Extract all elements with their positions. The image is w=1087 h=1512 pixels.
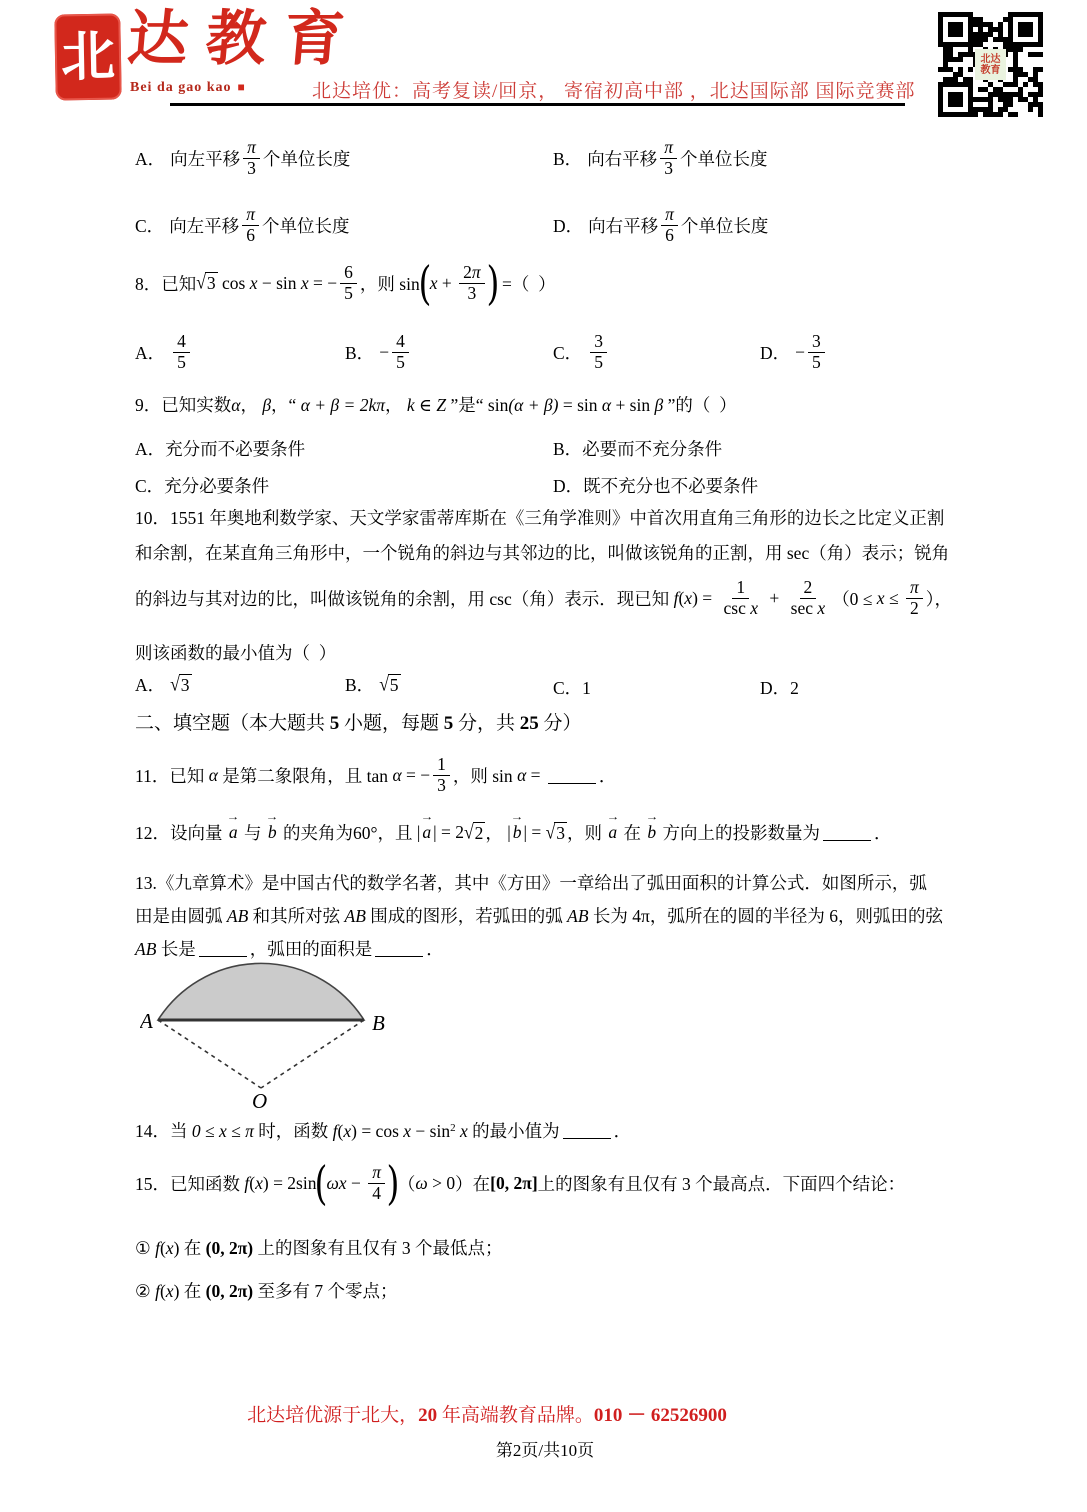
radical-sign: √ <box>170 672 180 696</box>
text-run: 和其所对弦 <box>248 906 344 926</box>
math-var: α <box>602 395 611 415</box>
math-fraction: π2 <box>906 578 923 618</box>
answer-blank <box>563 1124 611 1139</box>
math-interval: (0, 2π) <box>206 1238 254 1258</box>
text-run: 至多有 7 个零点； <box>253 1281 397 1301</box>
item-marker: ② <box>135 1281 155 1301</box>
item-marker: ① <box>135 1238 155 1258</box>
math-var: x <box>255 1173 263 1194</box>
text-run: 20 <box>418 1405 437 1426</box>
math-var: a <box>229 822 238 842</box>
logo-seal: 北 <box>54 13 121 100</box>
text-run: 向右平移 <box>587 146 657 171</box>
math-run: ωx <box>326 1173 346 1194</box>
math-var: x <box>750 598 758 618</box>
q10-option-b: B．√5 <box>345 672 401 697</box>
text-run: = 2sin <box>269 1173 317 1194</box>
fraction-numerator: 4 <box>173 332 190 353</box>
option-label: B． <box>553 146 582 171</box>
q8-option-c: C．35 <box>553 332 610 372</box>
radius-ob-dashed <box>261 1020 364 1088</box>
text-run: ≤ <box>885 588 903 609</box>
conclusion-2: ② f(x) 在 (0, 2π) 至多有 7 个零点； <box>135 1278 398 1303</box>
text-run: 小题，每题 <box>339 713 444 734</box>
text-run: 分，共 <box>453 713 520 734</box>
math-run: α + β = 2kπ <box>301 395 385 415</box>
text-run: − <box>347 1173 366 1194</box>
math-fraction: 13 <box>433 755 450 795</box>
qr-center-label: 北达教育 <box>975 49 1006 80</box>
logo-seal-char: 北 <box>61 30 116 85</box>
math-var: α <box>392 765 401 786</box>
fraction-numerator: 2 <box>800 578 817 599</box>
text-run: 5 <box>330 713 340 734</box>
text-run: 田是由圆弧 <box>135 906 227 926</box>
q8-option-b: B．−45 <box>345 332 412 372</box>
text-run: 向左平移 <box>170 146 240 171</box>
text-run: 25 <box>520 713 539 734</box>
text-run: ，“ <box>271 395 301 415</box>
abs-bar: | <box>417 822 421 843</box>
radical-sign: √ <box>546 820 556 844</box>
fraction-numerator: 2π <box>459 263 485 284</box>
option-label: A． <box>135 340 165 365</box>
fraction-denominator: 5 <box>340 284 357 304</box>
question-8-stem: 8．已知√3 cos x − sin x = −65，则 sin(x + 2π3… <box>135 260 556 306</box>
radicand: 2 <box>473 822 486 844</box>
text-run: =（ ） <box>498 271 556 296</box>
arc-segment-shape <box>158 963 364 1020</box>
answer-blank <box>548 769 596 784</box>
text-run: = − <box>309 273 338 294</box>
vector-arrow-icon: → <box>511 813 524 823</box>
qr-code: 北达教育 <box>938 12 1043 117</box>
radicand: 3 <box>205 272 218 294</box>
text-run: 时，函数 <box>254 1121 333 1141</box>
math-var: a <box>422 822 431 842</box>
text-run: − <box>379 342 389 363</box>
math-sqrt: √3 <box>546 822 567 844</box>
option-label: B． <box>345 340 374 365</box>
math-var: a <box>608 822 617 842</box>
qr-label-top: 北达 <box>981 54 1001 65</box>
text-run: ，则 sin <box>360 271 420 296</box>
math-fraction: π3 <box>660 138 677 178</box>
fraction-numerator: π <box>368 1163 385 1184</box>
fraction-numerator: 1 <box>732 578 749 599</box>
math-var: α <box>209 765 218 786</box>
fraction-denominator: csc x <box>720 599 763 619</box>
radicand: 5 <box>388 674 401 696</box>
text-run: = sin <box>558 395 601 415</box>
abs-bar: | <box>507 822 511 843</box>
q9-option-b: B．必要而不充分条件 <box>553 436 722 461</box>
text-run: − sin <box>411 1121 450 1141</box>
math-fraction: 35 <box>808 332 825 372</box>
figure-label-a: A <box>140 1009 153 1033</box>
text-run: 在 <box>179 1238 205 1258</box>
logo-subtitle: Bei da gao kao■ <box>130 80 246 96</box>
logo-script-text: 达教育 <box>125 8 365 71</box>
q13-figure: A B O <box>140 958 402 1115</box>
math-interval: [0, 2π] <box>490 1173 538 1194</box>
text-run: 长为 4π，弧所在的圆的半径为 6，则弧田的弦 <box>589 906 943 926</box>
text-run: ，弧田的面积是 <box>250 939 373 959</box>
question-11: 11．已知 α 是第二象限角，且 tan α = −13，则 sin α = ． <box>135 755 616 795</box>
text-run: 是第二象限角，且 tan <box>218 763 393 788</box>
math-fraction: 2sec x <box>787 578 830 618</box>
q7-option-c: C．向左平移π6个单位长度 <box>135 205 349 245</box>
math-fraction: 65 <box>340 263 357 303</box>
text-run: ． <box>614 1121 632 1141</box>
q7-option-b: B．向右平移π3个单位长度 <box>553 138 767 178</box>
radical-sign: √ <box>196 270 206 294</box>
text-run: ”的（ ） <box>663 395 736 415</box>
fraction-numerator: π <box>242 205 259 226</box>
fraction-denominator: 3 <box>463 284 480 304</box>
math-run: (α + β) <box>508 395 558 415</box>
vector-arrow-icon: → <box>227 813 240 823</box>
text-run: − sin <box>257 273 300 294</box>
math-fraction: 45 <box>392 332 409 372</box>
math-var: x <box>166 1238 174 1258</box>
text-run: 上的图象有且仅有 3 个最低点； <box>253 1238 502 1258</box>
text-run: 的最小值为 <box>468 1121 560 1141</box>
vector-arrow-icon: → <box>420 813 433 823</box>
footer-slogan-text: 北达培优源于北大，20 年高端教育品牌。010 － 62526900 <box>247 1400 727 1427</box>
math-vector: →b <box>513 824 522 842</box>
math-fn: csc <box>724 598 751 618</box>
fraction-numerator: 4 <box>392 332 409 353</box>
radius-oa-dashed <box>158 1020 261 1088</box>
text-run: 上的图象有且仅有 3 个最高点．下面四个结论： <box>538 1171 906 1196</box>
math-var: b <box>647 822 656 842</box>
text-run: 向右平移 <box>588 213 658 238</box>
big-paren-left: ( <box>418 260 431 306</box>
math-fn: sin <box>488 395 508 415</box>
fraction-denominator: 4 <box>368 1184 385 1204</box>
fraction-denominator: 6 <box>242 226 259 246</box>
text-run: ， <box>385 395 407 415</box>
question-12: 12．设向量 →a 与 →b 的夹角为60°，且 |→a| = 2√2， |→b… <box>135 820 892 845</box>
page-number: 第2页/共10页 <box>135 1436 955 1461</box>
text-run: = − <box>402 765 431 786</box>
conclusion-1: ① f(x) 在 (0, 2π) 上的图象有且仅有 3 个最低点； <box>135 1235 503 1260</box>
text-run: | = <box>524 822 546 843</box>
question-9-stem: 9．已知实数α， β，“ α + β = 2kπ， k ∈ Z ”是“ sin(… <box>135 392 737 417</box>
option-label: C． <box>553 340 582 365</box>
text-run: ， <box>485 820 507 845</box>
text-run: ， <box>240 395 262 415</box>
math-var: b <box>513 822 522 842</box>
text-run: 二、填空题（本大题共 <box>135 713 330 734</box>
math-var: β <box>654 395 663 415</box>
option-label: B． <box>345 672 374 697</box>
text-run: （ <box>398 1171 416 1196</box>
math-vector: →a <box>422 824 431 842</box>
text-run: 向左平移 <box>169 213 239 238</box>
math-vector: →a <box>229 824 238 842</box>
math-var: π <box>472 262 481 282</box>
question-number: 12．设向量 <box>135 820 227 845</box>
math-sqrt: √3 <box>196 272 217 294</box>
text-run: = <box>526 765 545 786</box>
math-fraction: 1csc x <box>720 578 763 618</box>
q7-option-a: A．向左平移π3个单位长度 <box>135 138 350 178</box>
text-run: 方向上的投影数量为 <box>658 820 820 845</box>
fraction-denominator: 2 <box>906 599 923 619</box>
footer-slogan: 北达培优源于北大，20 年高端教育品牌。010 － 62526900 <box>135 1400 955 1427</box>
math-vector: →b <box>647 824 656 842</box>
text-run: + sin <box>611 395 654 415</box>
qr-label-bottom: 教育 <box>981 65 1001 76</box>
question-10-line-3: 的斜边与其对边的比，叫做该锐角的余割，用 csc（角）表示．现已知 f(x) =… <box>135 578 952 618</box>
text-run: > 0 <box>428 1173 455 1194</box>
text-run: 的斜边与其对边的比，叫做该锐角的余割，用 csc（角）表示．现已知 <box>135 586 674 611</box>
math-sqrt: √2 <box>464 822 485 844</box>
text-run: ，则 <box>567 820 606 845</box>
fraction-denominator: 3 <box>660 159 677 179</box>
text-run: + <box>437 273 456 294</box>
q10-option-a: A．√3 <box>135 672 192 697</box>
text-run: − <box>795 342 805 363</box>
math-sqrt: √5 <box>379 674 400 696</box>
math-var: x <box>877 588 885 609</box>
math-var: x <box>456 1121 468 1141</box>
math-fraction: 45 <box>173 332 190 372</box>
text-run: = <box>698 588 717 609</box>
fraction-numerator: π <box>661 205 678 226</box>
math-fn: sec <box>791 598 818 618</box>
big-paren-right: ) <box>386 1160 399 1206</box>
math-fraction: π6 <box>661 205 678 245</box>
header-tagline: 北达培优：高考复读/回京， 寄宿初高中部 ，北达国际部 国际竞赛部 <box>312 76 916 103</box>
math-fraction: π4 <box>368 1163 385 1203</box>
math-var: ω <box>415 1173 427 1194</box>
q9-option-a: A．充分而不必要条件 <box>135 436 305 461</box>
footer-phone: 010 － 62526900 <box>594 1405 727 1426</box>
math-interval: (0, 2π) <box>206 1281 254 1301</box>
math-vector: →a <box>608 824 617 842</box>
fraction-denominator: 5 <box>590 353 607 373</box>
fraction-denominator: 5 <box>392 353 409 373</box>
text-run: 个单位长度 <box>680 146 768 171</box>
q10-option-d: D．2 <box>760 675 799 700</box>
text-run: 2 <box>463 262 472 282</box>
math-run: k ∈ Z <box>407 395 446 415</box>
text-run: 长是 <box>156 939 195 959</box>
radical-sign: √ <box>464 820 474 844</box>
math-fraction: 2π3 <box>459 263 485 303</box>
math-var: AB <box>567 906 588 926</box>
option-label: C． <box>135 213 164 238</box>
question-number: 15．已知函数 <box>135 1171 244 1196</box>
logo-subtitle-text: Bei da gao kao <box>130 80 232 95</box>
math-var: AB <box>345 906 366 926</box>
exam-page: 北 达教育 Bei da gao kao■ 北达培优：高考复读/回京， 寄宿初高… <box>0 0 1087 1512</box>
fraction-numerator: 3 <box>590 332 607 353</box>
vector-arrow-icon: → <box>645 813 658 823</box>
math-fraction: 35 <box>590 332 607 372</box>
vector-arrow-icon: → <box>606 813 619 823</box>
text-run: 个单位长度 <box>263 146 351 171</box>
fraction-denominator: 3 <box>243 159 260 179</box>
fraction-numerator: π <box>243 138 260 159</box>
text-run: ． <box>874 820 892 845</box>
question-10-line-1: 10．1551 年奥地利数学家、天文学家雷蒂库斯在《三角学准则》中首次用直角三角… <box>135 505 944 530</box>
text-run: ． <box>599 763 617 788</box>
q9-option-c: C．充分必要条件 <box>135 473 269 498</box>
text-run: 5 <box>444 713 454 734</box>
fraction-denominator: sec x <box>787 599 830 619</box>
math-var: AB <box>227 906 248 926</box>
option-label: D． <box>553 213 583 238</box>
math-var: x <box>403 1121 411 1141</box>
math-run: 0 ≤ x ≤ π <box>192 1121 254 1141</box>
math-var: b <box>268 822 277 842</box>
math-var: β <box>262 395 271 415</box>
fraction-numerator: 6 <box>340 263 357 284</box>
radical-sign: √ <box>379 672 389 696</box>
fraction-numerator: 3 <box>808 332 825 353</box>
text-run: 在 <box>619 820 645 845</box>
big-paren-left: ( <box>315 1160 328 1206</box>
text-run: 北达培优源于北大， <box>247 1405 418 1426</box>
q7-option-d: D．向右平移π6个单位长度 <box>553 205 768 245</box>
question-10-line-2: 和余割，在某直角三角形中，一个锐角的斜边与其邻边的比，叫做该锐角的正割，用 se… <box>135 540 949 565</box>
text-run: ． <box>426 939 444 959</box>
fraction-denominator: 3 <box>433 776 450 796</box>
q8-option-a: A．45 <box>135 332 193 372</box>
text-run: ）， <box>926 586 952 611</box>
text-run: 围成的图形，若弧田的弧 <box>366 906 567 926</box>
segment-figure-svg: A B O <box>140 958 402 1110</box>
text-run: ）在 <box>455 1171 490 1196</box>
text-run: 年高端教育品牌。 <box>437 1405 594 1426</box>
question-13-line-2: 田是由圆弧 AB 和其所对弦 AB 围成的图形，若弧田的弧 AB 长为 4π，弧… <box>135 903 943 928</box>
math-var: x <box>817 598 825 618</box>
math-var: x <box>250 273 258 294</box>
q8-option-d: D．−35 <box>760 332 828 372</box>
figure-label-o: O <box>252 1089 267 1110</box>
math-sqrt: √3 <box>170 674 191 696</box>
question-13-line-1: 13.《九章算术》是中国古代的数学名著，其中《方田》一章给出了弧田面积的计算公式… <box>135 870 927 895</box>
fraction-numerator: 1 <box>433 755 450 776</box>
text-run: + <box>765 588 784 609</box>
text-run: 的夹角为60°，且 <box>279 820 417 845</box>
text-run: 个单位长度 <box>262 213 350 238</box>
math-fraction: π3 <box>243 138 260 178</box>
text-run: ，则 sin <box>453 763 517 788</box>
math-var: α <box>517 765 526 786</box>
math-vector: →b <box>268 824 277 842</box>
question-number: 8．已知 <box>135 271 196 296</box>
math-fraction: π6 <box>242 205 259 245</box>
fraction-denominator: 5 <box>808 353 825 373</box>
big-paren-right: ) <box>486 260 499 306</box>
q10-option-c: C．1 <box>553 675 591 700</box>
text-run: （0 ≤ <box>832 586 877 611</box>
question-14: 14．当 0 ≤ x ≤ π 时，函数 f(x) = cos x − sin2 … <box>135 1118 631 1143</box>
section-2-heading: 二、填空题（本大题共 5 小题，每题 5 分，共 25 分） <box>135 708 582 735</box>
math-var: x <box>166 1281 174 1301</box>
answer-blank <box>375 942 423 957</box>
text-run: 与 <box>240 820 266 845</box>
fraction-numerator: π <box>660 138 677 159</box>
math-var: x <box>684 588 692 609</box>
q9-option-d: D．既不充分也不必要条件 <box>553 473 758 498</box>
text-run: cos <box>218 273 250 294</box>
question-10-line-4: 则该函数的最小值为（ ） <box>135 640 336 665</box>
text-run: 在 <box>179 1281 205 1301</box>
text-run: ”是“ <box>446 395 488 415</box>
vector-arrow-icon: → <box>266 813 279 823</box>
question-15: 15．已知函数 f(x) = 2sin(ωx − π4)（ω > 0）在[0, … <box>135 1160 905 1206</box>
fraction-numerator: π <box>906 578 923 599</box>
fraction-denominator: 5 <box>173 353 190 373</box>
answer-blank <box>199 942 247 957</box>
text-run: = cos <box>357 1121 403 1141</box>
header-rule <box>170 103 905 106</box>
radicand: 3 <box>554 822 567 844</box>
math-var: AB <box>135 939 156 959</box>
radicand: 3 <box>179 674 192 696</box>
question-number: 9．已知实数 <box>135 395 231 415</box>
figure-label-b: B <box>372 1011 385 1035</box>
answer-blank <box>823 826 871 841</box>
option-label: A． <box>135 672 165 697</box>
question-number: 14．当 <box>135 1121 192 1141</box>
logo-square-icon: ■ <box>238 80 246 94</box>
math-var: x <box>301 273 309 294</box>
text-run: 分） <box>539 713 582 734</box>
question-number: 11．已知 <box>135 763 209 788</box>
text-run: 个单位长度 <box>681 213 769 238</box>
text-run: | = 2 <box>433 822 464 843</box>
option-label: D． <box>760 340 790 365</box>
math-var: x <box>343 1121 351 1141</box>
option-label: A． <box>135 146 165 171</box>
fraction-denominator: 6 <box>661 226 678 246</box>
